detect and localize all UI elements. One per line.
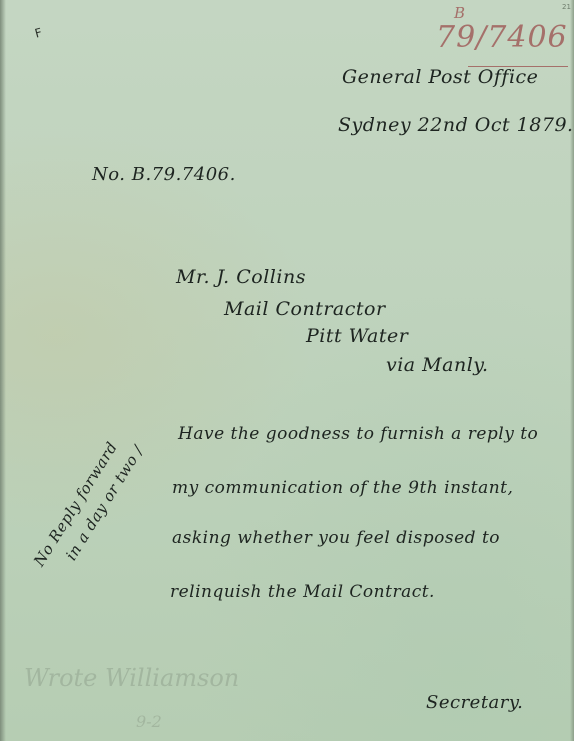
letter-page: 21 F B 79/7406 General Post Office Sydne… — [0, 0, 574, 741]
addressee-title: Mail Contractor — [224, 298, 386, 320]
addressee-place: Pitt Water — [306, 325, 408, 347]
header-office: General Post Office — [342, 66, 538, 88]
page-number: 21 — [562, 3, 571, 11]
reference-number: No. B.79.7406. — [92, 164, 236, 185]
addressee-via: via Manly. — [386, 354, 489, 376]
registry-number: 79/7406 — [436, 20, 568, 55]
body-line-4: relinquish the Mail Contract. — [170, 582, 435, 602]
body-line-2: my communication of the 9th instant, — [172, 478, 513, 498]
body-line-3: asking whether you feel disposed to — [172, 528, 500, 548]
signature: Secretary. — [426, 692, 523, 713]
pencil-note-line-2: 9-2 — [136, 712, 162, 731]
corner-mark: F — [33, 25, 43, 40]
body-line-1: Have the goodness to furnish a reply to — [178, 424, 538, 444]
pencil-note-line-1: Wrote Williamson — [24, 664, 239, 692]
margin-note: No Reply forward in a day or two / — [30, 439, 136, 579]
addressee-name: Mr. J. Collins — [176, 266, 306, 288]
header-date: Sydney 22nd Oct 1879. — [338, 114, 574, 136]
